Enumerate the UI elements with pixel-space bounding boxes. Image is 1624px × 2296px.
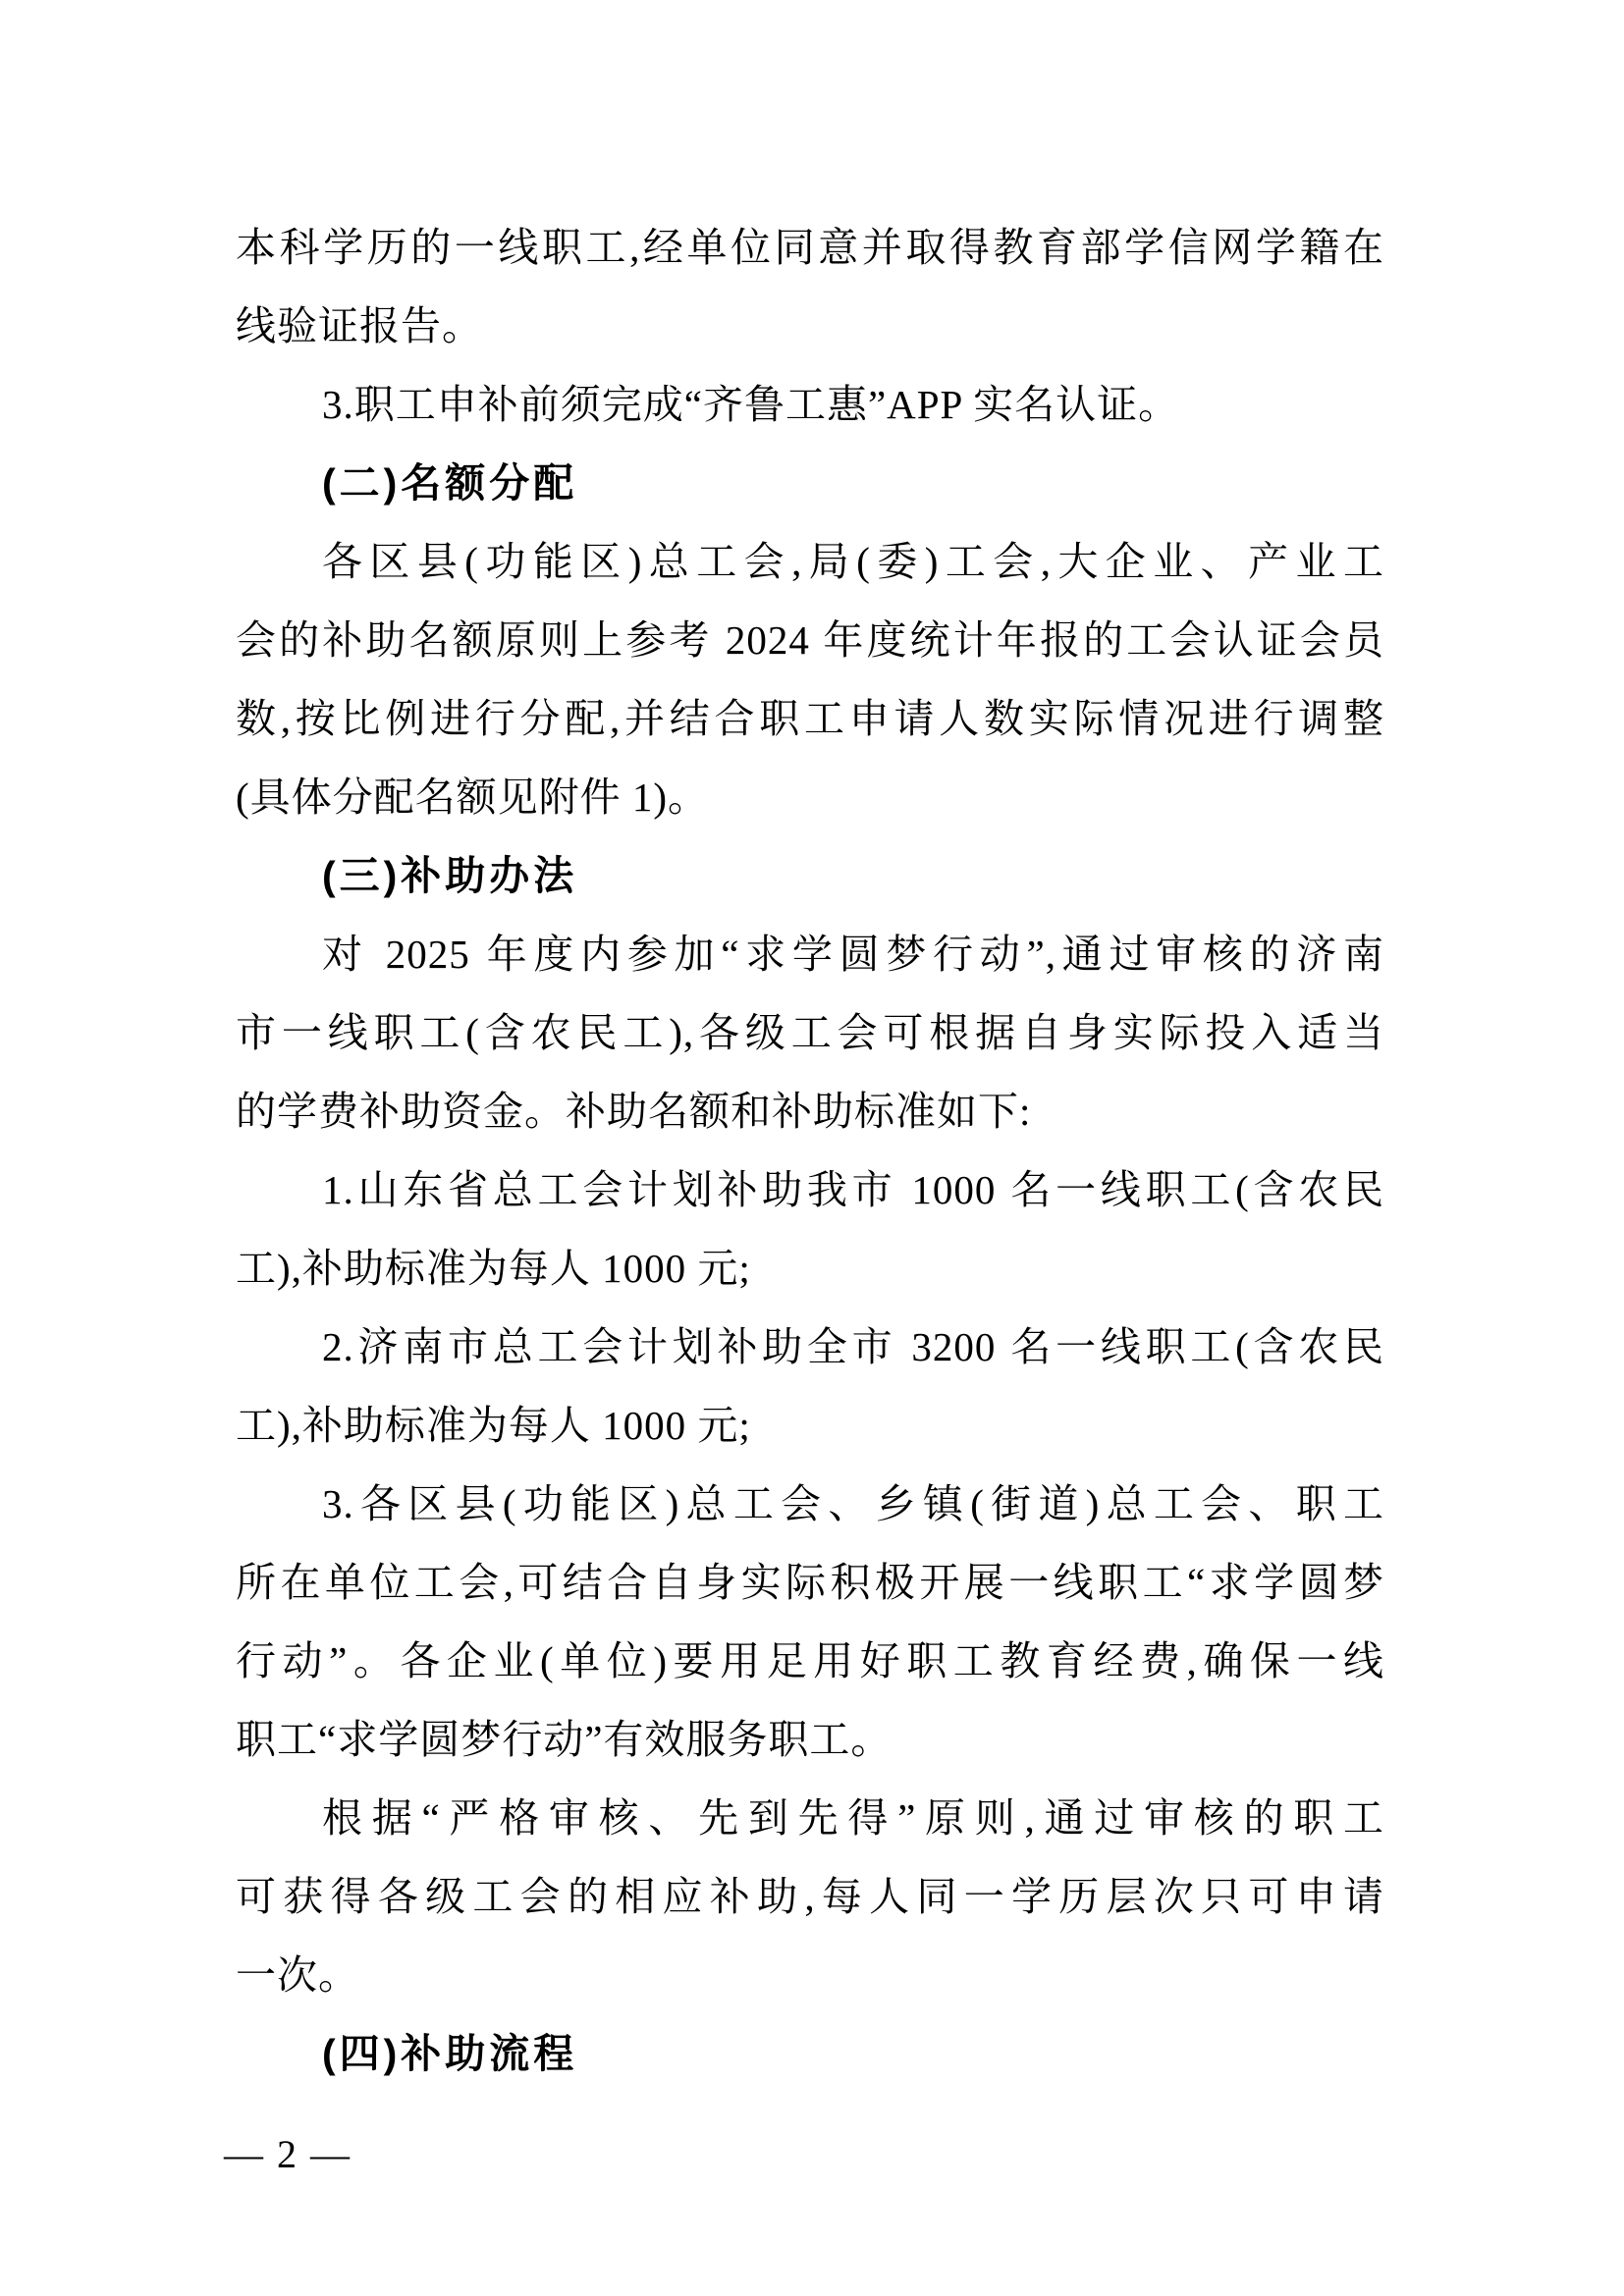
paragraph-line: 1.山东省总工会计划补助我市 1000 名一线职工(含农民 [236, 1150, 1384, 1229]
paragraph-line: 对 2025 年度内参加“求学圆梦行动”,通过审核的济南 [236, 915, 1384, 993]
paragraph-line: 线验证报告。 [236, 287, 1384, 365]
paragraph-line: 本科学历的一线职工,经单位同意并取得教育部学信网学籍在 [236, 208, 1384, 287]
paragraph-line: 各区县(功能区)总工会,局(委)工会,大企业、产业工 [236, 522, 1384, 601]
page-number: — 2 — [224, 2115, 352, 2194]
section-heading-subsidy-process: (四)补助流程 [236, 2014, 1384, 2093]
paragraph-line: 职工“求学圆梦行动”有效服务职工。 [236, 1700, 1384, 1779]
paragraph-line: 2.济南市总工会计划补助全市 3200 名一线职工(含农民 [236, 1308, 1384, 1386]
paragraph-line: 工),补助标准为每人 1000 元; [236, 1229, 1384, 1308]
paragraph-line: 根据“严格审核、先到先得”原则,通过审核的职工 [236, 1779, 1384, 1857]
paragraph-line: 的学费补助资金。补助名额和补助标准如下: [236, 1072, 1384, 1150]
paragraph-line: 一次。 [236, 1936, 1384, 2014]
paragraph-line: 工),补助标准为每人 1000 元; [236, 1386, 1384, 1465]
section-heading-subsidy-method: (三)补助办法 [236, 836, 1384, 915]
paragraph-line: 可获得各级工会的相应补助,每人同一学历层次只可申请 [236, 1857, 1384, 1936]
document-body: 本科学历的一线职工,经单位同意并取得教育部学信网学籍在 线验证报告。 3.职工申… [236, 208, 1384, 2093]
paragraph-line: 市一线职工(含农民工),各级工会可根据自身实际投入适当 [236, 993, 1384, 1072]
paragraph-line: 行动”。各企业(单位)要用足用好职工教育经费,确保一线 [236, 1622, 1384, 1700]
document-page: 本科学历的一线职工,经单位同意并取得教育部学信网学籍在 线验证报告。 3.职工申… [0, 0, 1624, 2296]
paragraph-line: 数,按比例进行分配,并结合职工申请人数实际情况进行调整 [236, 679, 1384, 758]
paragraph-line: (具体分配名额见附件 1)。 [236, 758, 1384, 836]
paragraph-line: 3.职工申补前须完成“齐鲁工惠”APP 实名认证。 [236, 365, 1384, 444]
paragraph-line: 会的补助名额原则上参考 2024 年度统计年报的工会认证会员 [236, 601, 1384, 679]
section-heading-quota-allocation: (二)名额分配 [236, 444, 1384, 522]
paragraph-line: 3.各区县(功能区)总工会、乡镇(街道)总工会、职工 [236, 1465, 1384, 1543]
paragraph-line: 所在单位工会,可结合自身实际积极开展一线职工“求学圆梦 [236, 1543, 1384, 1622]
